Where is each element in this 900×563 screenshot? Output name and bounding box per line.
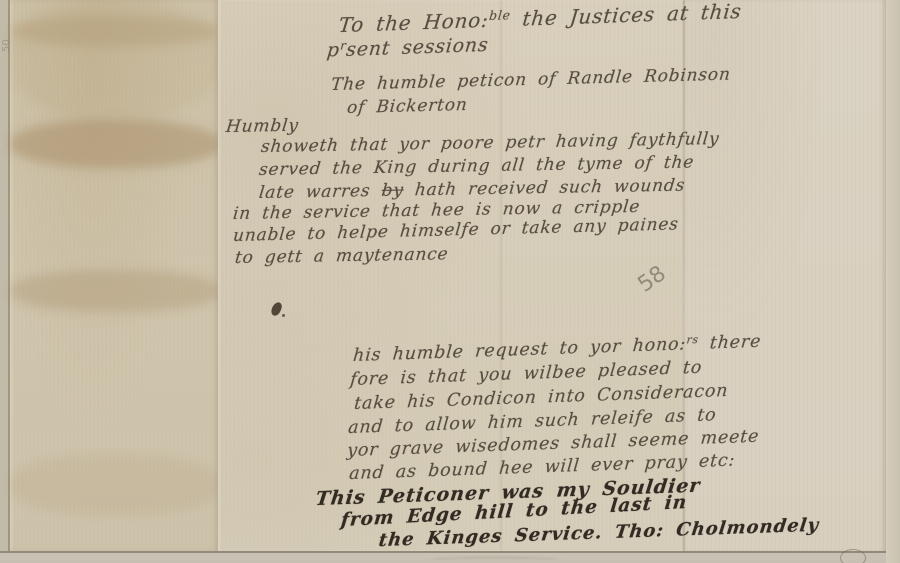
heading-superscript: ble bbox=[488, 7, 511, 23]
margin-mark: 50 bbox=[1, 39, 12, 52]
under-page-ring-mark bbox=[840, 549, 866, 563]
stain-wash-upper bbox=[10, 0, 220, 120]
opening-word: Humbly bbox=[225, 117, 300, 137]
manuscript-scan: To the Hono:ble the Justices at this prs… bbox=[0, 0, 900, 563]
heading2-text: p bbox=[326, 39, 341, 62]
stain-band-bottom bbox=[10, 455, 220, 515]
under-page-writing-trace bbox=[430, 557, 560, 563]
struck-word: by bbox=[381, 180, 405, 200]
paper-left-fold bbox=[8, 0, 220, 551]
body-line-3-text: late warres bbox=[258, 181, 383, 203]
stain-band-mid-lower bbox=[10, 270, 220, 312]
request-line-1-text-cont: there bbox=[698, 332, 762, 354]
stain-band-mid-upper bbox=[10, 120, 220, 168]
paper-bottom-edge bbox=[0, 551, 886, 563]
ink-blot-dot bbox=[282, 314, 285, 317]
petition-title-line-2: of Bickerton bbox=[346, 96, 468, 118]
body-line-6: to gett a maytenance bbox=[234, 245, 449, 267]
paper-under-edge bbox=[886, 0, 900, 563]
